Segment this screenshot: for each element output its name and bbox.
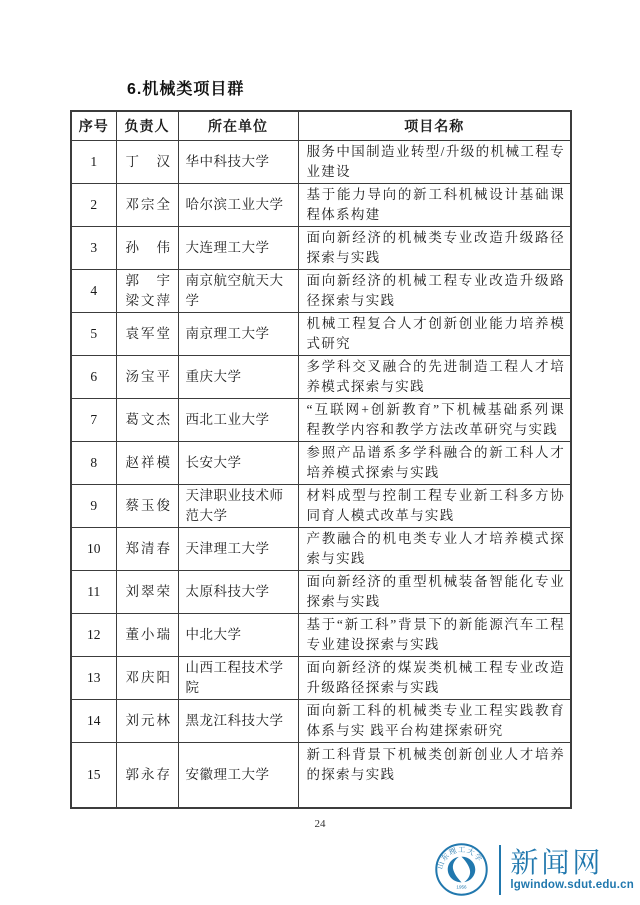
projects-table: 序号 负责人 所在单位 项目名称 1 丁 汉 华中科技大学 服务中国制造业转型/… — [70, 110, 572, 809]
row-org: 中北大学 — [178, 613, 298, 656]
row-project: 面向新经济的煤炭类机械工程专业改造升级路径探索与实践 — [298, 656, 571, 699]
row-no: 15 — [71, 742, 116, 808]
news-site-watermark: 山东理工大学 1956 新闻网 lgwindow.sdut.edu.cn — [434, 842, 634, 897]
table-row: 9 蔡玉俊 天津职业技术师范大学 材料成型与控制工程专业新工科多方协同育人模式改… — [71, 484, 571, 527]
row-org: 华中科技大学 — [178, 140, 298, 183]
row-no: 4 — [71, 269, 116, 312]
row-no: 7 — [71, 398, 116, 441]
page-title: 6.机械类项目群 — [127, 76, 244, 99]
row-leader: 郭 宇 梁文萍 — [116, 269, 178, 312]
row-project: 产教融合的机电类专业人才培养模式探索与实践 — [298, 527, 571, 570]
table-row: 1 丁 汉 华中科技大学 服务中国制造业转型/升级的机械工程专业建设 — [71, 140, 571, 183]
row-org: 长安大学 — [178, 441, 298, 484]
row-project: 多学科交叉融合的先进制造工程人才培养模式探索与实践 — [298, 355, 571, 398]
row-org: 太原科技大学 — [178, 570, 298, 613]
row-project: 面向新经济的机械工程专业改造升级路径探索与实践 — [298, 269, 571, 312]
watermark-divider — [499, 845, 501, 895]
table-row: 8 赵祥模 长安大学 参照产品谱系多学科融合的新工科人才培养模式探索与实践 — [71, 441, 571, 484]
row-leader: 郑清春 — [116, 527, 178, 570]
row-org: 重庆大学 — [178, 355, 298, 398]
row-leader: 郭永存 — [116, 742, 178, 808]
row-no: 11 — [71, 570, 116, 613]
table-row: 13 邓庆阳 山西工程技术学院 面向新经济的煤炭类机械工程专业改造升级路径探索与… — [71, 656, 571, 699]
row-no: 1 — [71, 140, 116, 183]
table-row: 15 郭永存 安徽理工大学 新工科背景下机械类创新创业人才培养的探索与实践 — [71, 742, 571, 808]
row-leader: 袁军堂 — [116, 312, 178, 355]
row-project: 机械工程复合人才创新创业能力培养模式研究 — [298, 312, 571, 355]
table-row: 6 汤宝平 重庆大学 多学科交叉融合的先进制造工程人才培养模式探索与实践 — [71, 355, 571, 398]
row-leader: 蔡玉俊 — [116, 484, 178, 527]
row-no: 9 — [71, 484, 116, 527]
row-org: 天津理工大学 — [178, 527, 298, 570]
row-no: 10 — [71, 527, 116, 570]
row-no: 8 — [71, 441, 116, 484]
table-row: 11 刘翠荣 太原科技大学 面向新经济的重型机械装备智能化专业探索与实践 — [71, 570, 571, 613]
row-org: 大连理工大学 — [178, 226, 298, 269]
table-row: 10 郑清春 天津理工大学 产教融合的机电类专业人才培养模式探索与实践 — [71, 527, 571, 570]
table-row: 12 董小瑞 中北大学 基于“新工科”背景下的新能源汽车工程专业建设探索与实践 — [71, 613, 571, 656]
col-header-org: 所在单位 — [178, 111, 298, 140]
row-org: 南京理工大学 — [178, 312, 298, 355]
col-header-no: 序号 — [71, 111, 116, 140]
row-no: 6 — [71, 355, 116, 398]
row-project: “互联网+创新教育”下机械基础系列课程教学内容和教学方法改革研究与实践 — [298, 398, 571, 441]
row-leader: 刘翠荣 — [116, 570, 178, 613]
row-no: 14 — [71, 699, 116, 742]
row-leader: 赵祥模 — [116, 441, 178, 484]
row-org: 山西工程技术学院 — [178, 656, 298, 699]
row-project: 面向新经济的机械类专业改造升级路径探索与实践 — [298, 226, 571, 269]
row-no: 5 — [71, 312, 116, 355]
row-org: 西北工业大学 — [178, 398, 298, 441]
row-leader: 董小瑞 — [116, 613, 178, 656]
row-leader: 刘元林 — [116, 699, 178, 742]
site-name: 新闻网 — [510, 848, 603, 878]
col-header-project: 项目名称 — [298, 111, 571, 140]
table-row: 7 葛文杰 西北工业大学 “互联网+创新教育”下机械基础系列课程教学内容和教学方… — [71, 398, 571, 441]
row-leader: 邓宗全 — [116, 183, 178, 226]
row-project: 面向新工科的机械类专业工程实践教育体系与实 践平台构建探索研究 — [298, 699, 571, 742]
row-project: 新工科背景下机械类创新创业人才培养的探索与实践 — [298, 742, 571, 808]
seal-year: 1956 — [457, 884, 468, 889]
row-project: 面向新经济的重型机械装备智能化专业探索与实践 — [298, 570, 571, 613]
row-leader: 孙 伟 — [116, 226, 178, 269]
page-number: 24 — [315, 818, 326, 830]
table-header-row: 序号 负责人 所在单位 项目名称 — [71, 111, 571, 140]
site-url: lgwindow.sdut.edu.cn — [510, 879, 634, 891]
row-no: 13 — [71, 656, 116, 699]
table-row: 3 孙 伟 大连理工大学 面向新经济的机械类专业改造升级路径探索与实践 — [71, 226, 571, 269]
row-org: 天津职业技术师范大学 — [178, 484, 298, 527]
row-project: 参照产品谱系多学科融合的新工科人才培养模式探索与实践 — [298, 441, 571, 484]
table-row: 4 郭 宇 梁文萍 南京航空航天大学 面向新经济的机械工程专业改造升级路径探索与… — [71, 269, 571, 312]
row-org: 安徽理工大学 — [178, 742, 298, 808]
table-row: 5 袁军堂 南京理工大学 机械工程复合人才创新创业能力培养模式研究 — [71, 312, 571, 355]
table-row: 2 邓宗全 哈尔滨工业大学 基于能力导向的新工科机械设计基础课程体系构建 — [71, 183, 571, 226]
university-seal-icon: 山东理工大学 1956 — [434, 842, 489, 897]
row-leader: 邓庆阳 — [116, 656, 178, 699]
row-org: 哈尔滨工业大学 — [178, 183, 298, 226]
row-leader: 丁 汉 — [116, 140, 178, 183]
row-org: 黑龙江科技大学 — [178, 699, 298, 742]
col-header-leader: 负责人 — [116, 111, 178, 140]
row-leader: 葛文杰 — [116, 398, 178, 441]
row-project: 材料成型与控制工程专业新工科多方协同育人模式改革与实践 — [298, 484, 571, 527]
row-project: 服务中国制造业转型/升级的机械工程专业建设 — [298, 140, 571, 183]
row-project: 基于“新工科”背景下的新能源汽车工程专业建设探索与实践 — [298, 613, 571, 656]
row-no: 2 — [71, 183, 116, 226]
row-leader: 汤宝平 — [116, 355, 178, 398]
row-no: 3 — [71, 226, 116, 269]
row-org: 南京航空航天大学 — [178, 269, 298, 312]
row-no: 12 — [71, 613, 116, 656]
row-project: 基于能力导向的新工科机械设计基础课程体系构建 — [298, 183, 571, 226]
table-row: 14 刘元林 黑龙江科技大学 面向新工科的机械类专业工程实践教育体系与实 践平台… — [71, 699, 571, 742]
